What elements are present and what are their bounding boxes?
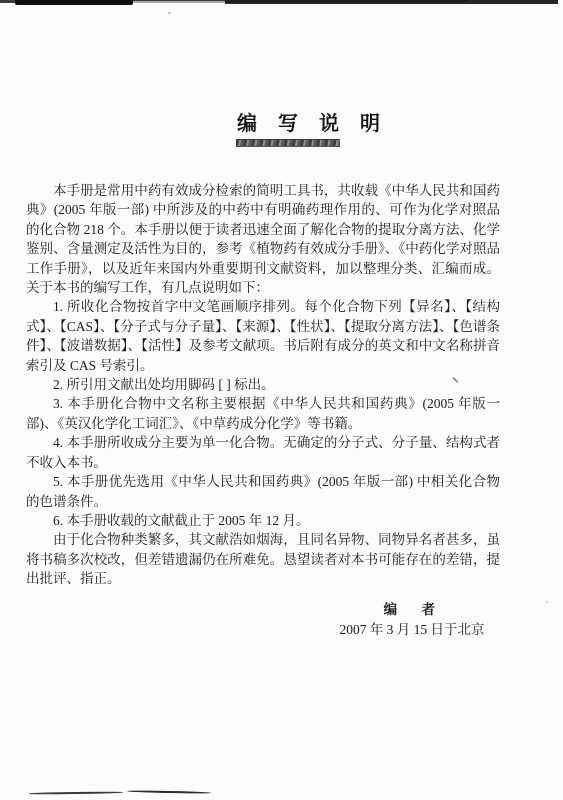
list-item-5: 5. 本手册优先选用《中华人民共和国药典》(2005 年版一部) 中相关化合物的… bbox=[26, 472, 500, 511]
scan-artifact-speck-1 bbox=[168, 12, 171, 14]
scan-artifact-speck-2 bbox=[546, 601, 548, 603]
scan-artifact-bottom-line-right bbox=[127, 790, 211, 794]
list-item-3: 3. 本手册化合物中文名称主要根据《中华人民共和国药典》(2005 年版一部)、… bbox=[26, 394, 500, 433]
scan-artifact-top-band-gap bbox=[133, 1, 225, 5]
scanned-book-page: 编 写 说 明 本手册是常用中药有效成分检索的简明工具书，共收载《中华人民共和国… bbox=[0, 0, 563, 800]
signature-block: 编 者 2007 年 3 月 15 日于北京 bbox=[300, 600, 524, 640]
scan-artifact-top-band-right bbox=[468, 0, 558, 4]
closing-paragraph: 由于化合物种类繁多，其文献浩如烟海，且同名异物、同物异名者甚多，虽将书稿多次校改… bbox=[26, 530, 500, 588]
scan-artifact-top-band bbox=[0, 0, 558, 3]
list-item-2: 2. 所引用文献出处均用脚码 [ ] 标出。 bbox=[26, 375, 500, 394]
title-underline-bar bbox=[236, 139, 340, 147]
intro-paragraph: 本手册是常用中药有效成分检索的简明工具书，共收载《中华人民共和国药典》(2005… bbox=[26, 181, 500, 297]
list-item-6: 6. 本手册收载的文献截止于 2005 年 12 月。 bbox=[26, 511, 500, 530]
page-title: 编 写 说 明 bbox=[237, 107, 388, 136]
list-item-4: 4. 本手册所收成分主要为单一化合物。无确定的分子式、分子量、结构式者不收入本书… bbox=[26, 433, 500, 472]
scan-artifact-top-band-left bbox=[15, 0, 133, 5]
signature: 编 者 bbox=[300, 600, 524, 619]
scan-artifact-top-band-mid bbox=[225, 0, 470, 4]
signature-date: 2007 年 3 月 15 日于北京 bbox=[300, 620, 524, 639]
scan-artifact-bottom-line-left bbox=[29, 791, 123, 794]
list-item-1: 1. 所收化合物按首字中文笔画顺序排列。每个化合物下列【异名】、【结构式】、【C… bbox=[26, 297, 500, 375]
body-text: 本手册是常用中药有效成分检索的简明工具书，共收载《中华人民共和国药典》(2005… bbox=[26, 181, 500, 589]
